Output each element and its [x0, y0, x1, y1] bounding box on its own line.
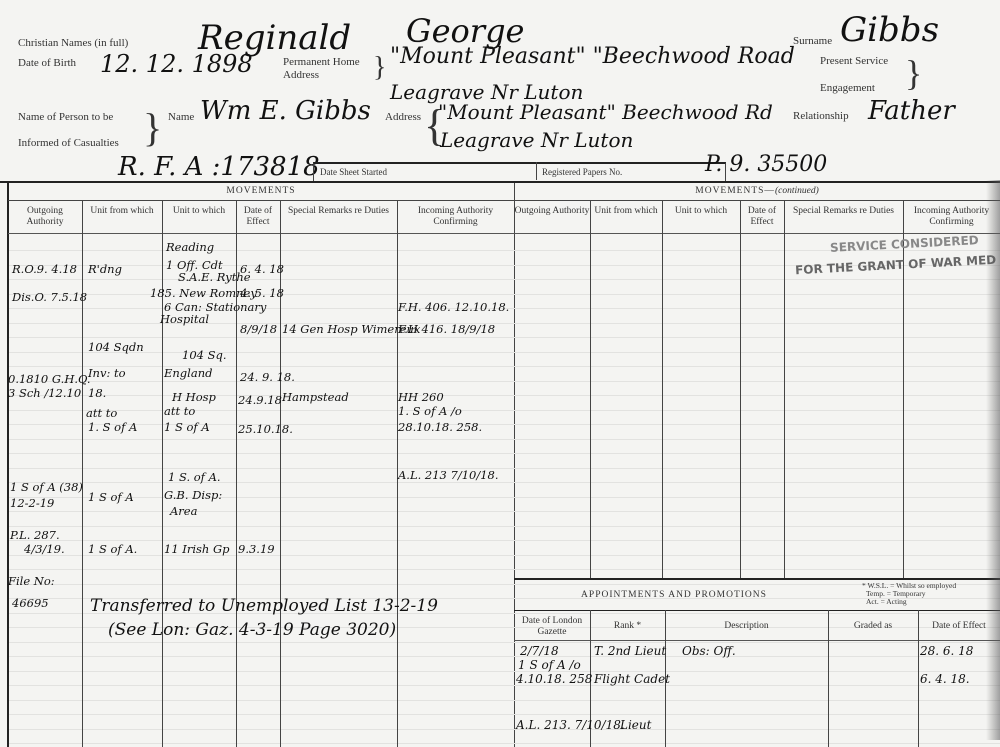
movement-entry: 104 Sq. [182, 348, 227, 362]
movement-entry: att to [164, 404, 195, 418]
movement-entry: 104 Sqdn [88, 340, 144, 354]
ruled-line [9, 714, 1000, 715]
divider [536, 162, 537, 180]
ruled-line [9, 685, 1000, 686]
movements-title: MOVEMENTS [8, 186, 514, 196]
movement-entry: 4/3/19. [24, 542, 65, 556]
divider [162, 200, 163, 747]
divider [514, 610, 1000, 611]
movement-entry: England [164, 366, 212, 380]
movement-entry: 25.10.18. [238, 422, 293, 436]
movement-entry: A.L. 213 7/10/18. [398, 468, 499, 482]
next-of-kin-label-1: Name of Person to be [18, 111, 113, 123]
brace: } [905, 52, 922, 94]
movement-entry: F.H 416. 18/9/18 [398, 322, 495, 336]
movement-entry: Dis.O. 7.5.18 [12, 290, 87, 304]
movement-entry: F.H. 406. 12.10.18. [398, 300, 509, 314]
movement-entry: 18. [88, 386, 106, 400]
dob-label: Date of Birth [18, 57, 76, 69]
ruled-line [9, 453, 1000, 454]
movements-continued-label: MOVEMENTS— [695, 186, 775, 196]
movement-entry: R'dng [88, 262, 122, 276]
ruled-line [9, 555, 1000, 556]
ruled-line [9, 497, 1000, 498]
movement-entry: G.B. Disp: [164, 488, 222, 502]
movement-entry: Area [170, 504, 197, 518]
divider [514, 200, 1000, 201]
ruled-line [9, 642, 1000, 643]
movement-entry: 3 Sch /12.10 [8, 386, 81, 400]
brace: } [143, 104, 162, 151]
col-outgoing-authority-cont: Outgoing Authority [514, 206, 590, 217]
divider [740, 200, 741, 578]
ruled-line [9, 352, 1000, 353]
ruled-line [9, 569, 1000, 570]
movement-entry: 46695 [12, 596, 49, 610]
movement-entry: 24. 9. 18. [240, 370, 295, 384]
divider [514, 233, 1000, 234]
ruled-line [9, 584, 1000, 585]
ruled-line [9, 482, 1000, 483]
ruled-line [9, 439, 1000, 440]
date-sheet-started-label: Date Sheet Started [320, 167, 387, 177]
movement-entry: 1 S of A [88, 490, 134, 504]
divider [280, 200, 281, 747]
service-reference: R. F. A :173818 [118, 152, 320, 182]
page-edge-shadow [986, 180, 1000, 740]
movement-entry: att to [86, 406, 117, 420]
relationship-label: Relationship [793, 110, 849, 122]
kin-address-label: Address [385, 111, 421, 123]
col-special-remarks-cont: Special Remarks re Duties [784, 206, 903, 217]
permanent-home-label: Permanent Home [283, 56, 360, 68]
appointment-entry: 1 S of A /o [518, 658, 581, 672]
appointment-entry: 28. 6. 18 [920, 644, 973, 658]
kin-name-label: Name [168, 111, 194, 123]
movement-entry: HH 260 [398, 390, 444, 404]
next-of-kin-label-2: Informed of Casualties [18, 137, 119, 149]
appointment-entry: T. 2nd Lieut [594, 644, 666, 658]
ruled-line [9, 323, 1000, 324]
divider [514, 183, 515, 747]
rank-legend: * W.S.L. = Whilst so employed Temp. = Te… [862, 582, 956, 606]
divider [828, 610, 829, 747]
divider [662, 200, 663, 578]
col-unit-to-cont: Unit to which [662, 206, 740, 217]
appointment-entry: Flight Cadet [594, 672, 670, 686]
divider [8, 200, 514, 201]
home-address-line1: "Mount Pleasant" "Beechwood Road [390, 44, 795, 69]
movement-entry: Hospital [160, 312, 209, 326]
ruled-line [9, 671, 1000, 672]
col-outgoing-authority: Outgoing Authority [8, 206, 82, 228]
col-unit-from-cont: Unit from which [590, 206, 662, 217]
kin-address-line1: "Mount Pleasant" Beechwood Rd [438, 100, 773, 124]
col-unit-from: Unit from which [82, 206, 162, 217]
movement-entry: 0.1810 G.H.Q. [8, 372, 91, 386]
movement-entry: H Hosp [172, 390, 216, 404]
surname-label: Surname [793, 35, 832, 47]
stamp-line1: SERVICE CONSIDERED [830, 233, 979, 255]
ruled-line [9, 743, 1000, 744]
ruled-line [9, 337, 1000, 338]
surname-value: Gibbs [840, 10, 939, 50]
movement-entry: 4. 5. 18 [240, 286, 284, 300]
relationship-value: Father [868, 96, 955, 126]
ruled-line [9, 700, 1000, 701]
movement-entry: File No: [8, 574, 55, 588]
divider [590, 200, 591, 578]
movement-entry: 1. S of A [88, 420, 137, 434]
continued-suffix: (continued) [775, 186, 819, 196]
movement-entry: 6. 4. 18 [240, 262, 284, 276]
col-date-of-effect-cont: Date of Effect [740, 206, 784, 228]
ruled-line [9, 540, 1000, 541]
ruled-line [9, 279, 1000, 280]
appointment-entry: Obs: Off. [682, 644, 736, 658]
ruled-line [9, 526, 1000, 527]
divider [8, 233, 514, 234]
movement-entry: 1 S. of A. [168, 470, 221, 484]
ruled-line [9, 366, 1000, 367]
movement-entry: 1 S of A (38) [10, 480, 83, 494]
stamp-line2: FOR THE GRANT OF WAR MED [795, 253, 997, 278]
papers-reference: P. 9. 35500 [705, 152, 827, 177]
divider [514, 578, 1000, 580]
appointment-entry: 6. 4. 18. [920, 672, 970, 686]
kin-name-value: Wm E. Gibbs [200, 96, 371, 126]
movement-entry: 1 S of A. [88, 542, 137, 556]
dob-value: 12. 12. 1898 [100, 50, 253, 78]
present-service-label: Present Service [820, 55, 888, 67]
movement-entry: (See Lon: Gaz. 4-3-19 Page 3020) [108, 620, 396, 640]
movement-entry: Reading [166, 240, 214, 254]
movement-entry: Inv: to [88, 366, 126, 380]
ruled-line [9, 656, 1000, 657]
ruled-line [9, 424, 1000, 425]
movement-entry: 24.9.18 [238, 393, 282, 407]
appointment-entry: Lieut [620, 718, 651, 732]
legend-act: Act. = Acting [862, 598, 956, 606]
ruled-line [9, 395, 1000, 396]
christian-names-label: Christian Names (in full) [18, 37, 128, 49]
col-date-of-effect: Date of Effect [236, 206, 280, 228]
registered-papers-label: Registered Papers No. [542, 167, 622, 177]
divider [0, 181, 1000, 183]
kin-address-line2: Leagrave Nr Luton [440, 128, 633, 152]
divider [514, 640, 1000, 641]
brace: } [373, 52, 386, 84]
movement-entry: 8/9/18 [240, 322, 277, 336]
movement-entry: 12-2-19 [10, 496, 54, 510]
col-graded-as: Graded as [828, 621, 918, 632]
movement-entry: 9.3.19 [238, 542, 275, 556]
address-label: Address [283, 69, 319, 81]
ruled-line [9, 729, 1000, 730]
col-rank: Rank * [590, 621, 665, 632]
divider [82, 200, 83, 747]
col-unit-to: Unit to which [162, 206, 236, 217]
movement-entry: Hampstead [282, 390, 349, 404]
ruled-line [9, 511, 1000, 512]
movement-entry: 1. S of A /o [398, 404, 462, 418]
movement-entry: 1 S of A [164, 420, 210, 434]
col-london-gazette: Date of London Gazette [514, 616, 590, 638]
appointment-entry: 4.10.18. 258 [516, 672, 592, 686]
ruled-line [9, 410, 1000, 411]
col-special-remarks: Special Remarks re Duties [280, 206, 397, 217]
col-incoming-authority: Incoming Authority Confirming [397, 206, 514, 228]
appointment-entry: A.L. 213. 7/10/18. [516, 718, 625, 732]
appointments-title: APPOINTMENTS AND PROMOTIONS [514, 590, 834, 600]
movement-entry: 11 Irish Gp [164, 542, 230, 556]
movements-continued-title: MOVEMENTS—(continued) [514, 186, 1000, 196]
movement-entry: R.O.9. 4.18 [12, 262, 77, 276]
engagement-label: Engagement [820, 82, 875, 94]
ruled-line [9, 381, 1000, 382]
appointment-entry: 2/7/18 [520, 644, 559, 658]
divider [7, 183, 9, 747]
movement-entry: Transferred to Unemployed List 13-2-19 [90, 596, 438, 616]
divider [918, 610, 919, 747]
movement-entry: P.L. 287. [10, 528, 60, 542]
movement-entry: 28.10.18. 258. [398, 420, 482, 434]
ruled-line [9, 468, 1000, 469]
divider [784, 200, 785, 578]
col-description: Description [665, 621, 828, 632]
